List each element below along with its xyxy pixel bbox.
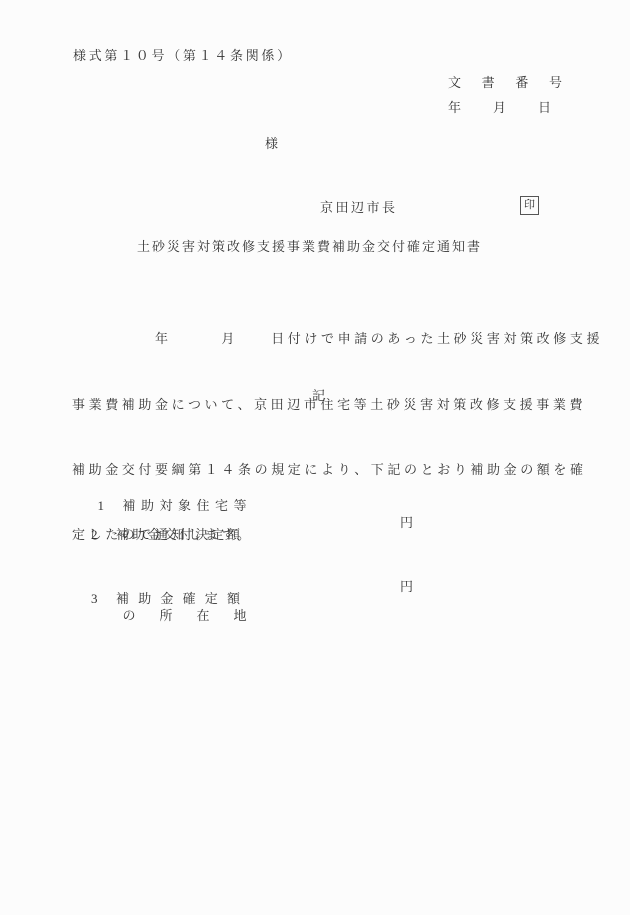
item-label: 補助金確定額 — [116, 592, 240, 605]
list-item-2: 2補助金交付決定額 — [78, 515, 240, 554]
item-label: 補助金交付決定額 — [116, 528, 240, 541]
item-number: 1 — [98, 495, 123, 517]
document-page: 様式第１０号（第１４条関係） 文書番号 年 月 日 様 京田辺市長 印 土砂災害… — [0, 0, 630, 915]
currency-unit: 円 — [400, 516, 413, 529]
item-label: 補助対象住宅等 — [123, 495, 247, 517]
item-number: 2 — [91, 528, 116, 541]
list-item-3: 3補助金確定額 — [78, 579, 240, 618]
addressee-suffix: 様 — [265, 137, 280, 150]
form-number: 様式第１０号（第１４条関係） — [73, 49, 293, 62]
document-number-label: 文書番号 — [448, 76, 562, 89]
ki-marker: 記 — [312, 389, 325, 402]
sender-name: 京田辺市長 — [320, 201, 398, 214]
document-title: 土砂災害対策改修支援事業費補助金交付確定通知書 — [137, 240, 482, 253]
list-item-1: 1補助対象住宅等 の所在地 — [78, 429, 247, 693]
seal-box: 印 — [520, 196, 539, 215]
item-number: 3 — [91, 592, 116, 605]
seal-label: 印 — [524, 200, 535, 211]
body-line: 事業費補助金について、京田辺市住宅等土砂災害対策改修支援事業費 — [72, 394, 607, 416]
date-line: 年 月 日 — [448, 101, 553, 114]
body-line: 年 月 日付けで申請のあった土砂災害対策改修支援 — [72, 328, 607, 350]
currency-unit: 円 — [400, 580, 413, 593]
